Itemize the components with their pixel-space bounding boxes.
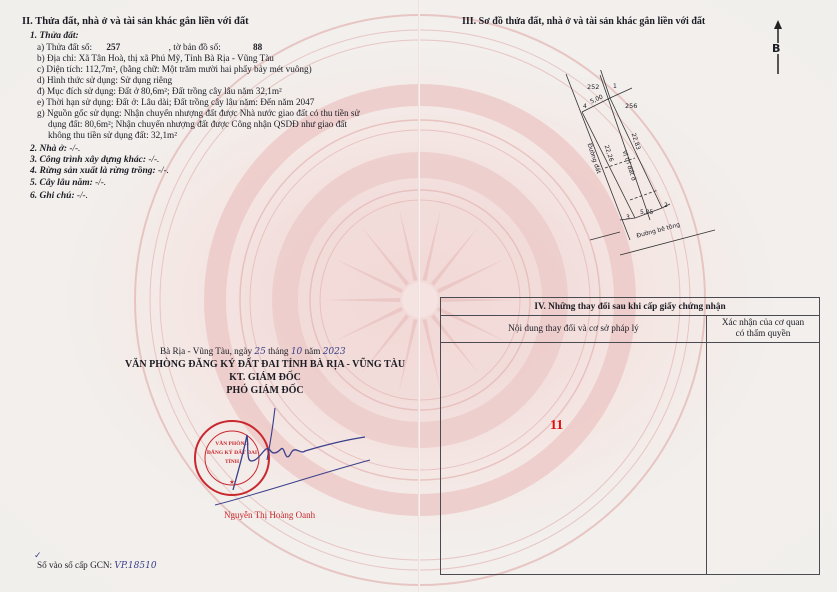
month-handwritten: 10	[291, 347, 302, 357]
place-date-line: Bà Rịa - Vũng Tàu, ngày 25 tháng 10 năm …	[160, 346, 346, 358]
parcel-label: a) Thửa đất số:	[37, 42, 92, 52]
map-sheet-label: , tờ bản đồ số:	[169, 42, 221, 52]
address-line: b) Địa chỉ: Xã Tân Hoà, thị xã Phú Mỹ, T…	[37, 53, 274, 64]
parcel-number: 257	[106, 42, 166, 53]
land-heading: 1. Thửa đất:	[30, 31, 79, 41]
changes-table-title: IV. Những thay đổi sau khi cấp giấy chứn…	[441, 298, 820, 316]
registry-label: Số vào sổ cấp GCN:	[37, 560, 112, 570]
column-header-content: Nội dung thay đổi và cơ sở pháp lý	[441, 316, 707, 343]
section-ii-title: II. Thửa đất, nhà ở và tài sản khác gắn …	[22, 16, 249, 27]
day-handwritten: 25	[254, 347, 265, 357]
point-3: 3	[626, 214, 630, 221]
notes-item: 6. Ghi chú: -/-.	[30, 190, 88, 202]
kt-director: KT. GIÁM ĐỐC	[100, 372, 430, 383]
origin-line-3: không thu tiền sử dụng đất: 32,1m²	[48, 130, 177, 141]
column-header-confirmation: Xác nhận của cơ quan có thẩm quyền	[707, 316, 820, 343]
neighbor-256: 256	[625, 102, 637, 110]
signer-name: Nguyễn Thị Hoàng Oanh	[224, 510, 315, 520]
office-name: VĂN PHÒNG ĐĂNG KÝ ĐẤT ĐAI TỈNH BÀ RỊA - …	[100, 359, 430, 370]
parcel-line: a) Thửa đất số: 257 , tờ bản đồ số: 88	[37, 42, 262, 53]
confirmation-cell[interactable]	[707, 343, 820, 575]
land-certificate-page: II. Thửa đất, nhà ở và tài sản khác gắn …	[0, 0, 837, 592]
page-number: 11	[550, 418, 563, 434]
year-handwritten: 2023	[323, 347, 346, 357]
deputy-director: PHÓ GIÁM ĐỐC	[100, 385, 430, 396]
usage-form-line: d) Hình thức sử dụng: Sử dụng riêng	[37, 75, 172, 86]
origin-line-2: dụng đất: 80,6m²; Nhận chuyển nhượng đất…	[48, 119, 347, 130]
neighbor-252: 252	[587, 83, 599, 91]
registry-number: VP.18510	[114, 561, 156, 571]
content-cell[interactable]	[441, 343, 707, 575]
origin-line-1: g) Nguồn gốc sử dụng: Nhận chuyển nhượng…	[37, 108, 359, 119]
north-label: B	[772, 43, 780, 54]
map-sheet-number: 88	[253, 42, 262, 52]
area-line: c) Diện tích: 112,7m², (bằng chữ: Một tr…	[37, 64, 312, 75]
usage-purpose-line: đ) Mục đích sử dụng: Đất ở 80,6m²; Đất t…	[37, 86, 282, 97]
signature-scribble	[215, 405, 375, 515]
changes-table: IV. Những thay đổi sau khi cấp giấy chứn…	[440, 297, 820, 575]
registry-line: Số vào sổ cấp GCN: VP.18510	[37, 560, 157, 572]
dim-bottom: 5,05	[640, 209, 653, 216]
point-4: 4	[583, 103, 587, 110]
point-2: 2	[664, 202, 668, 209]
point-1: 1	[613, 83, 617, 90]
section-iii-title: III. Sơ đồ thửa đất, nhà ở và tài sản kh…	[462, 16, 705, 27]
perennial-trees-item: 5. Cây lâu năm: -/-.	[30, 177, 106, 189]
planted-forest-item: 4. Rừng sản xuất là rừng trồng: -/-.	[30, 165, 169, 177]
usage-term-line: e) Thời hạn sử dụng: Đất ở: Lâu dài; Đất…	[37, 97, 314, 108]
page-fold	[418, 0, 420, 592]
